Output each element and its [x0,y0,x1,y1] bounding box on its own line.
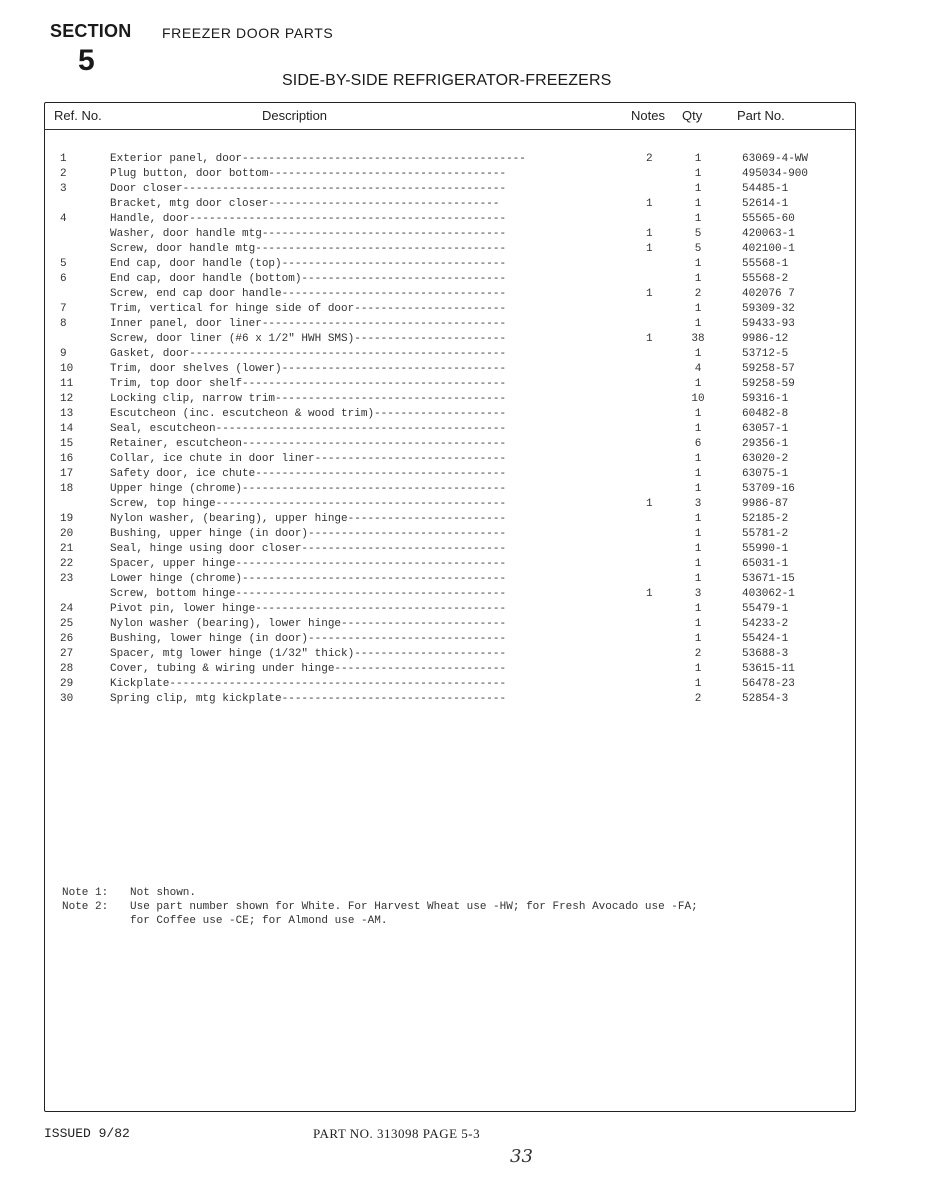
table-row: 20Bushing, upper hinge (in door)--------… [0,527,945,542]
notes-cell: 1 [646,497,653,512]
ref-no-cell: 9 [60,347,90,362]
notes-cell: 1 [646,287,653,302]
part-no-cell: 55565-60 [742,212,795,227]
ref-no-cell: 14 [60,422,90,437]
table-row: Screw, door liner (#6 x 1/2" HWH SMS)---… [0,332,945,347]
ref-no-cell: 1 [60,152,90,167]
description-cell: Handle, door----------------------------… [110,212,610,227]
table-row: 11Trim, top door shelf------------------… [0,377,945,392]
part-no-cell: 55424-1 [742,632,788,647]
ref-no-cell: 16 [60,452,90,467]
qty-cell: 1 [688,512,708,527]
ref-no-cell: 24 [60,602,90,617]
part-no-cell: 63069-4-WW [742,152,808,167]
description-cell: Retainer, escutcheon--------------------… [110,437,610,452]
table-row: 29Kickplate-----------------------------… [0,677,945,692]
table-row: 13Escutcheon (inc. escutcheon & wood tri… [0,407,945,422]
description-cell: Collar, ice chute in door liner---------… [110,452,610,467]
part-no-cell: 52854-3 [742,692,788,707]
table-row: Screw, bottom hinge---------------------… [0,587,945,602]
ref-no-cell: 29 [60,677,90,692]
qty-cell: 1 [688,212,708,227]
qty-cell: 1 [688,347,708,362]
table-row: 26Bushing, lower hinge (in door)--------… [0,632,945,647]
qty-cell: 5 [688,242,708,257]
description-cell: Spacer, mtg lower hinge (1/32" thick)---… [110,647,610,662]
section-subtitle: FREEZER DOOR PARTS [162,25,333,41]
part-no-cell: 59258-59 [742,377,795,392]
description-cell: Bracket, mtg door closer----------------… [110,197,610,212]
part-no-cell: 9986-87 [742,497,788,512]
notes-cell: 1 [646,197,653,212]
col-qty: Qty [682,108,702,123]
table-row: 27Spacer, mtg lower hinge (1/32" thick)-… [0,647,945,662]
section-label: SECTION [50,21,131,42]
description-cell: Bushing, lower hinge (in door)----------… [110,632,610,647]
table-row: 8Inner panel, door liner----------------… [0,317,945,332]
ref-no-cell: 5 [60,257,90,272]
col-part-no: Part No. [737,108,785,123]
part-no-cell: 59433-93 [742,317,795,332]
ref-no-cell: 18 [60,482,90,497]
qty-cell: 1 [688,377,708,392]
description-cell: Escutcheon (inc. escutcheon & wood trim)… [110,407,610,422]
ref-no-cell: 10 [60,362,90,377]
table-row: 22Spacer, upper hinge-------------------… [0,557,945,572]
part-no-cell: 9986-12 [742,332,788,347]
notes-cell: 1 [646,242,653,257]
part-no-cell: 54233-2 [742,617,788,632]
ref-no-cell: 17 [60,467,90,482]
table-row: 15Retainer, escutcheon------------------… [0,437,945,452]
table-row: Screw, end cap door handle--------------… [0,287,945,302]
description-cell: Cover, tubing & wiring under hinge------… [110,662,610,677]
qty-cell: 2 [688,287,708,302]
table-row: 28Cover, tubing & wiring under hinge----… [0,662,945,677]
ref-no-cell: 7 [60,302,90,317]
table-row: 10Trim, door shelves (lower)------------… [0,362,945,377]
qty-cell: 1 [688,407,708,422]
qty-cell: 1 [688,272,708,287]
part-no-cell: 53709-16 [742,482,795,497]
description-cell: Spacer, upper hinge---------------------… [110,557,610,572]
description-cell: Door closer-----------------------------… [110,182,610,197]
col-notes: Notes [631,108,665,123]
page-title: SIDE-BY-SIDE REFRIGERATOR-FREEZERS [282,72,611,90]
qty-cell: 1 [688,677,708,692]
part-no-cell: 59316-1 [742,392,788,407]
table-row: 2Plug button, door bottom---------------… [0,167,945,182]
part-no-cell: 403062-1 [742,587,795,602]
description-cell: Inner panel, door liner-----------------… [110,317,610,332]
description-cell: Plug button, door bottom----------------… [110,167,610,182]
qty-cell: 1 [688,452,708,467]
ref-no-cell: 8 [60,317,90,332]
description-cell: Trim, door shelves (lower)--------------… [110,362,610,377]
qty-cell: 2 [688,647,708,662]
qty-cell: 1 [688,182,708,197]
part-no-cell: 53712-5 [742,347,788,362]
section-number: 5 [78,44,95,78]
part-no-cell: 55568-1 [742,257,788,272]
table-row: 1Exterior panel, door-------------------… [0,152,945,167]
part-no-cell: 55781-2 [742,527,788,542]
qty-cell: 10 [688,392,708,407]
table-row: Screw, top hinge------------------------… [0,497,945,512]
ref-no-cell: 25 [60,617,90,632]
qty-cell: 3 [688,587,708,602]
qty-cell: 1 [688,602,708,617]
description-cell: Trim, vertical for hinge side of door---… [110,302,610,317]
parts-table-body: 1Exterior panel, door-------------------… [0,152,945,707]
part-no-cell: 53688-3 [742,647,788,662]
table-row: 9Gasket, door---------------------------… [0,347,945,362]
part-no-cell: 65031-1 [742,557,788,572]
ref-no-cell: 27 [60,647,90,662]
ref-no-cell: 6 [60,272,90,287]
note-1-text: Not shown. [130,887,196,899]
description-cell: Upper hinge (chrome)--------------------… [110,482,610,497]
description-cell: Spring clip, mtg kickplate--------------… [110,692,610,707]
description-cell: Lower hinge (chrome)--------------------… [110,572,610,587]
table-row: Bracket, mtg door closer----------------… [0,197,945,212]
table-row: 21Seal, hinge using door closer---------… [0,542,945,557]
qty-cell: 1 [688,557,708,572]
qty-cell: 4 [688,362,708,377]
description-cell: Locking clip, narrow trim---------------… [110,392,610,407]
ref-no-cell: 4 [60,212,90,227]
ref-no-cell: 28 [60,662,90,677]
description-cell: Gasket, door----------------------------… [110,347,610,362]
qty-cell: 1 [688,152,708,167]
table-row: 30Spring clip, mtg kickplate------------… [0,692,945,707]
description-cell: Screw, bottom hinge---------------------… [110,587,610,602]
part-no-cell: 55990-1 [742,542,788,557]
part-no-cell: 59258-57 [742,362,795,377]
qty-cell: 3 [688,497,708,512]
ref-no-cell: 3 [60,182,90,197]
handwritten-page-number: 33 [510,1146,533,1167]
table-row: Washer, door handle mtg-----------------… [0,227,945,242]
qty-cell: 6 [688,437,708,452]
ref-no-cell: 30 [60,692,90,707]
description-cell: Exterior panel, door--------------------… [110,152,610,167]
qty-cell: 1 [688,167,708,182]
ref-no-cell: 2 [60,167,90,182]
ref-no-cell: 26 [60,632,90,647]
note-2: Note 2:Use part number shown for White. … [62,900,698,914]
description-cell: End cap, door handle (bottom)-----------… [110,272,610,287]
qty-cell: 1 [688,302,708,317]
part-no-cell: 55568-2 [742,272,788,287]
table-header: Ref. No. Description Notes Qty Part No. [44,102,856,130]
description-cell: Trim, top door shelf--------------------… [110,377,610,392]
part-no-cell: 53615-11 [742,662,795,677]
table-row: 5End cap, door handle (top)-------------… [0,257,945,272]
qty-cell: 1 [688,467,708,482]
table-row: 7Trim, vertical for hinge side of door--… [0,302,945,317]
ref-no-cell: 21 [60,542,90,557]
note-2-text-line1: Use part number shown for White. For Har… [130,901,698,913]
description-cell: End cap, door handle (top)--------------… [110,257,610,272]
description-cell: Washer, door handle mtg-----------------… [110,227,610,242]
part-no-cell: 63075-1 [742,467,788,482]
notes-block: Note 1:Not shown. Note 2:Use part number… [62,886,698,928]
note-1-label: Note 1: [62,886,130,900]
table-row: Screw, door handle mtg------------------… [0,242,945,257]
description-cell: Seal, hinge using door closer-----------… [110,542,610,557]
ref-no-cell: 15 [60,437,90,452]
ref-no-cell: 20 [60,527,90,542]
description-cell: Screw, top hinge------------------------… [110,497,610,512]
qty-cell: 1 [688,482,708,497]
part-no-cell: 29356-1 [742,437,788,452]
notes-cell: 1 [646,587,653,602]
notes-cell: 1 [646,227,653,242]
description-cell: Safety door, ice chute------------------… [110,467,610,482]
part-no-cell: 52185-2 [742,512,788,527]
part-no-cell: 402076 7 [742,287,795,302]
ref-no-cell: 11 [60,377,90,392]
table-row: 19Nylon washer, (bearing), upper hinge--… [0,512,945,527]
part-no-cell: 402100-1 [742,242,795,257]
col-description: Description [262,108,327,123]
description-cell: Kickplate-------------------------------… [110,677,610,692]
description-cell: Screw, door liner (#6 x 1/2" HWH SMS)---… [110,332,610,347]
qty-cell: 1 [688,422,708,437]
description-cell: Screw, end cap door handle--------------… [110,287,610,302]
part-no-cell: 63057-1 [742,422,788,437]
qty-cell: 1 [688,197,708,212]
description-cell: Bushing, upper hinge (in door)----------… [110,527,610,542]
note-2-text-line2: for Coffee use -CE; for Almond use -AM. [62,914,698,928]
part-no-cell: 52614-1 [742,197,788,212]
part-no-cell: 56478-23 [742,677,795,692]
ref-no-cell: 23 [60,572,90,587]
table-row: 12Locking clip, narrow trim-------------… [0,392,945,407]
part-no-cell: 495034-900 [742,167,808,182]
qty-cell: 1 [688,632,708,647]
qty-cell: 1 [688,572,708,587]
part-number-page: PART NO. 313098 PAGE 5-3 [313,1126,480,1142]
note-1: Note 1:Not shown. [62,886,698,900]
qty-cell: 38 [688,332,708,347]
qty-cell: 1 [688,617,708,632]
issued-date: ISSUED 9/82 [44,1126,130,1141]
ref-no-cell: 22 [60,557,90,572]
notes-cell: 2 [646,152,653,167]
description-cell: Screw, door handle mtg------------------… [110,242,610,257]
qty-cell: 1 [688,662,708,677]
ref-no-cell: 19 [60,512,90,527]
qty-cell: 1 [688,317,708,332]
qty-cell: 1 [688,257,708,272]
table-row: 18Upper hinge (chrome)------------------… [0,482,945,497]
table-row: 6End cap, door handle (bottom)----------… [0,272,945,287]
qty-cell: 1 [688,527,708,542]
col-ref-no: Ref. No. [54,108,102,123]
qty-cell: 5 [688,227,708,242]
description-cell: Nylon washer (bearing), lower hinge-----… [110,617,610,632]
description-cell: Nylon washer, (bearing), upper hinge----… [110,512,610,527]
ref-no-cell: 13 [60,407,90,422]
table-row: 23Lower hinge (chrome)------------------… [0,572,945,587]
note-2-label: Note 2: [62,900,130,914]
part-no-cell: 60482-8 [742,407,788,422]
part-no-cell: 54485-1 [742,182,788,197]
table-row: 3Door closer----------------------------… [0,182,945,197]
notes-cell: 1 [646,332,653,347]
qty-cell: 1 [688,542,708,557]
table-row: 17Safety door, ice chute----------------… [0,467,945,482]
part-no-cell: 53671-15 [742,572,795,587]
part-no-cell: 59309-32 [742,302,795,317]
table-row: 24Pivot pin, lower hinge----------------… [0,602,945,617]
part-no-cell: 63020-2 [742,452,788,467]
table-row: 4Handle, door---------------------------… [0,212,945,227]
qty-cell: 2 [688,692,708,707]
table-row: 14Seal, escutcheon----------------------… [0,422,945,437]
table-row: 25Nylon washer (bearing), lower hinge---… [0,617,945,632]
description-cell: Seal, escutcheon------------------------… [110,422,610,437]
description-cell: Pivot pin, lower hinge------------------… [110,602,610,617]
part-no-cell: 55479-1 [742,602,788,617]
ref-no-cell: 12 [60,392,90,407]
part-no-cell: 420063-1 [742,227,795,242]
table-row: 16Collar, ice chute in door liner-------… [0,452,945,467]
